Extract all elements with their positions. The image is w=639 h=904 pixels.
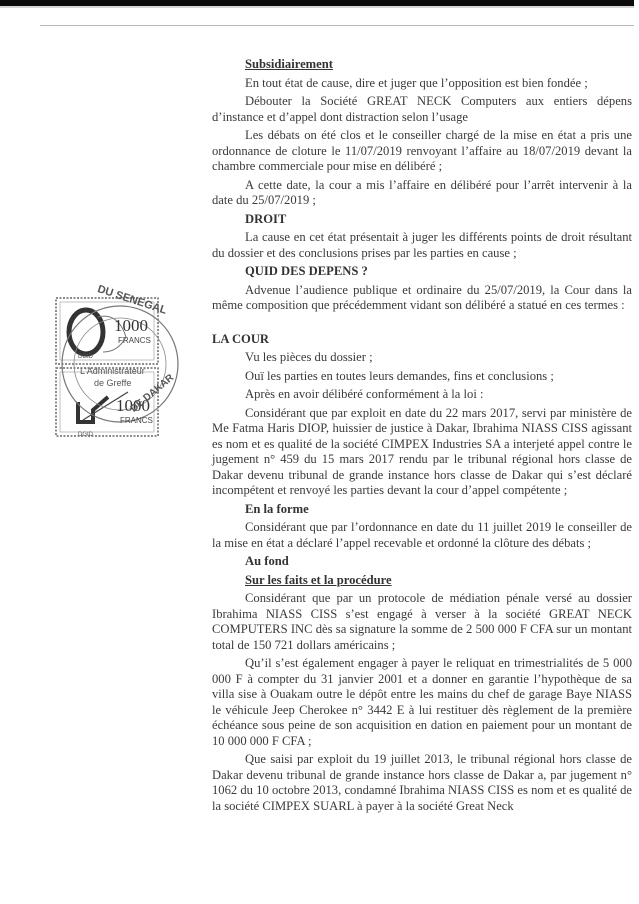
heading-au-fond: Au fond <box>245 554 632 570</box>
paragraph: Les débats on été clos et le conseiller … <box>212 128 632 175</box>
paragraph: Que saisi par exploit du 19 juillet 2013… <box>212 752 632 814</box>
paragraph: En tout état de cause, dire et juger que… <box>212 76 632 92</box>
heading-droit: DROIT <box>245 212 632 228</box>
paragraph: Advenue l’audience publique et ordinaire… <box>212 283 632 314</box>
stamp-1-issuer: DGID <box>78 354 93 360</box>
scan-top-shadow <box>0 6 634 8</box>
paragraph: Considérant que par l’ordonnance en date… <box>212 520 632 551</box>
document-body: Subsidiairement En tout état de cause, d… <box>212 57 632 817</box>
stamp-2-issuer: DGID <box>78 432 93 438</box>
heading-quid-des-depens: QUID DES DEPENS ? <box>245 264 632 280</box>
heading-faits-procedure: Sur les faits et la procédure <box>245 573 632 589</box>
heading-subsidiairement: Subsidiairement <box>245 57 632 73</box>
header-rule <box>40 25 634 26</box>
paragraph: Après en avoir délibéré conformément à l… <box>212 387 632 403</box>
stamp-1-value: 1000 <box>114 316 148 336</box>
paragraph: Ouï les parties en toutes leurs demandes… <box>212 369 632 385</box>
heading-la-cour: LA COUR <box>212 332 632 348</box>
paragraph: Vu les pièces du dossier ; <box>212 350 632 366</box>
spacer <box>212 317 632 332</box>
heading-en-la-forme: En la forme <box>245 502 632 518</box>
paragraph: Considérant que par exploit en date du 2… <box>212 406 632 499</box>
paragraph: La cause en cet état présentait à juger … <box>212 230 632 261</box>
fiscal-stamps-and-seal: 1000 FRANCS DGID 1000 FRANCS DGID DU SEN… <box>48 292 198 442</box>
paragraph: Débouter la Société GREAT NECK Computers… <box>212 94 632 125</box>
paragraph: Qu’il s’est également engager à payer le… <box>212 656 632 749</box>
stamp-2-currency: FRANCS <box>120 416 153 425</box>
seal-admin-text: L'Administrateur <box>80 366 145 376</box>
stamp-1-currency: FRANCS <box>118 336 151 345</box>
seal-greffe-text: de Greffe <box>94 378 131 388</box>
paragraph: A cette date, la cour a mis l’affaire en… <box>212 178 632 209</box>
paragraph: Considérant que par un protocole de médi… <box>212 591 632 653</box>
